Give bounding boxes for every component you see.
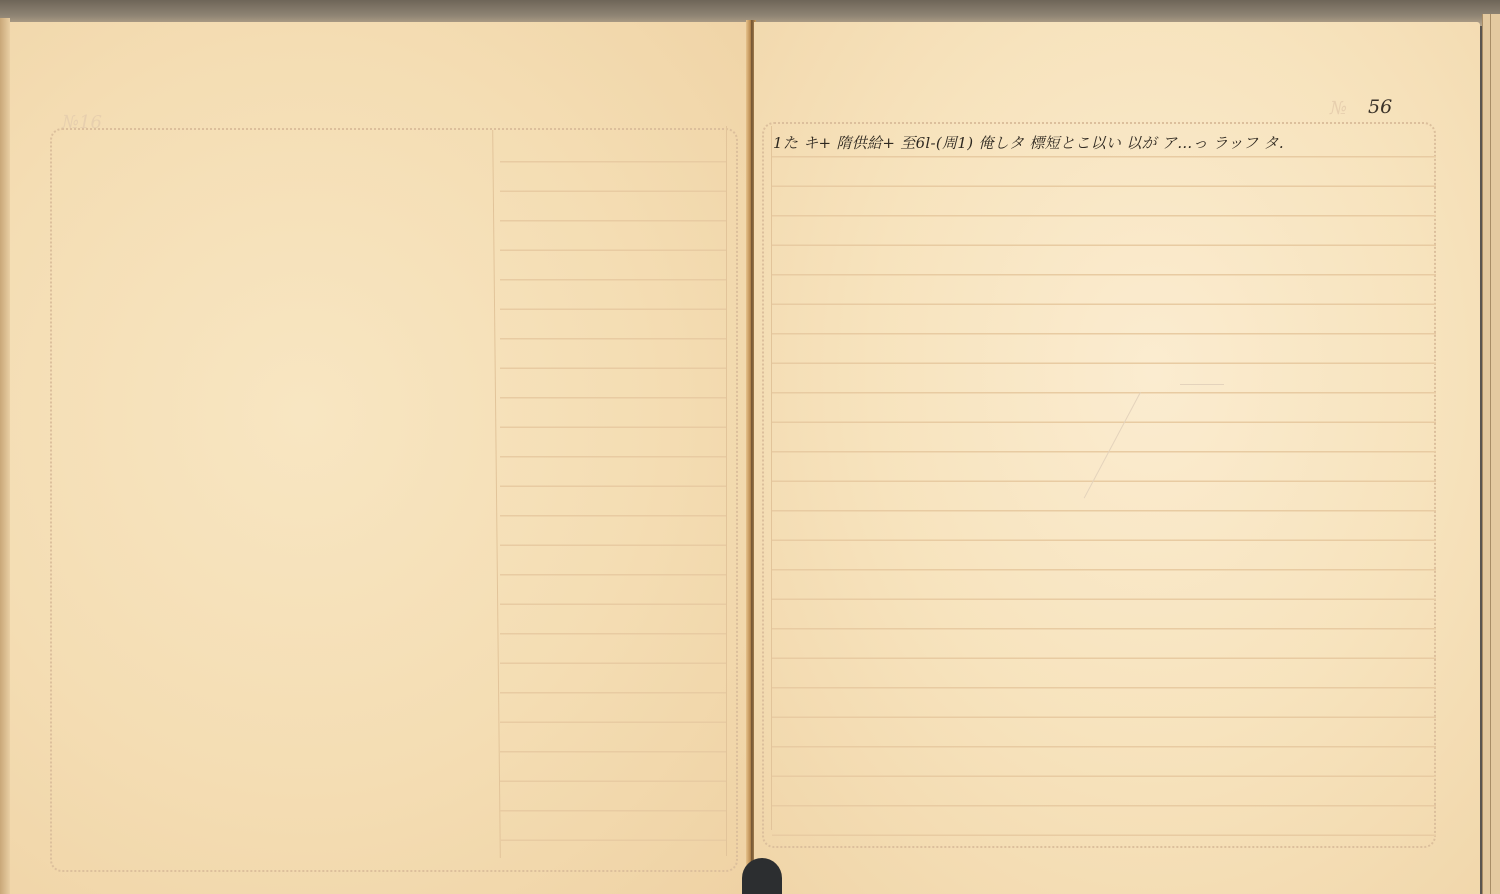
left-ruled-column [500, 133, 726, 855]
right-page-number: 56 [1368, 96, 1392, 118]
left-right-margin-line [726, 126, 727, 856]
handwritten-line: 1た キ+ 隋供給+ 至6l-(周1) 俺しタ 標短とこ以い 以が ア…っ ラッ… [773, 132, 1284, 153]
binding-shadow [742, 858, 782, 894]
right-page-number-faint: № [1330, 98, 1347, 119]
page-stack-edge [1490, 14, 1500, 894]
pencil-mark [1180, 384, 1224, 385]
right-ruled-area [772, 128, 1436, 836]
left-page-edge [0, 18, 10, 894]
